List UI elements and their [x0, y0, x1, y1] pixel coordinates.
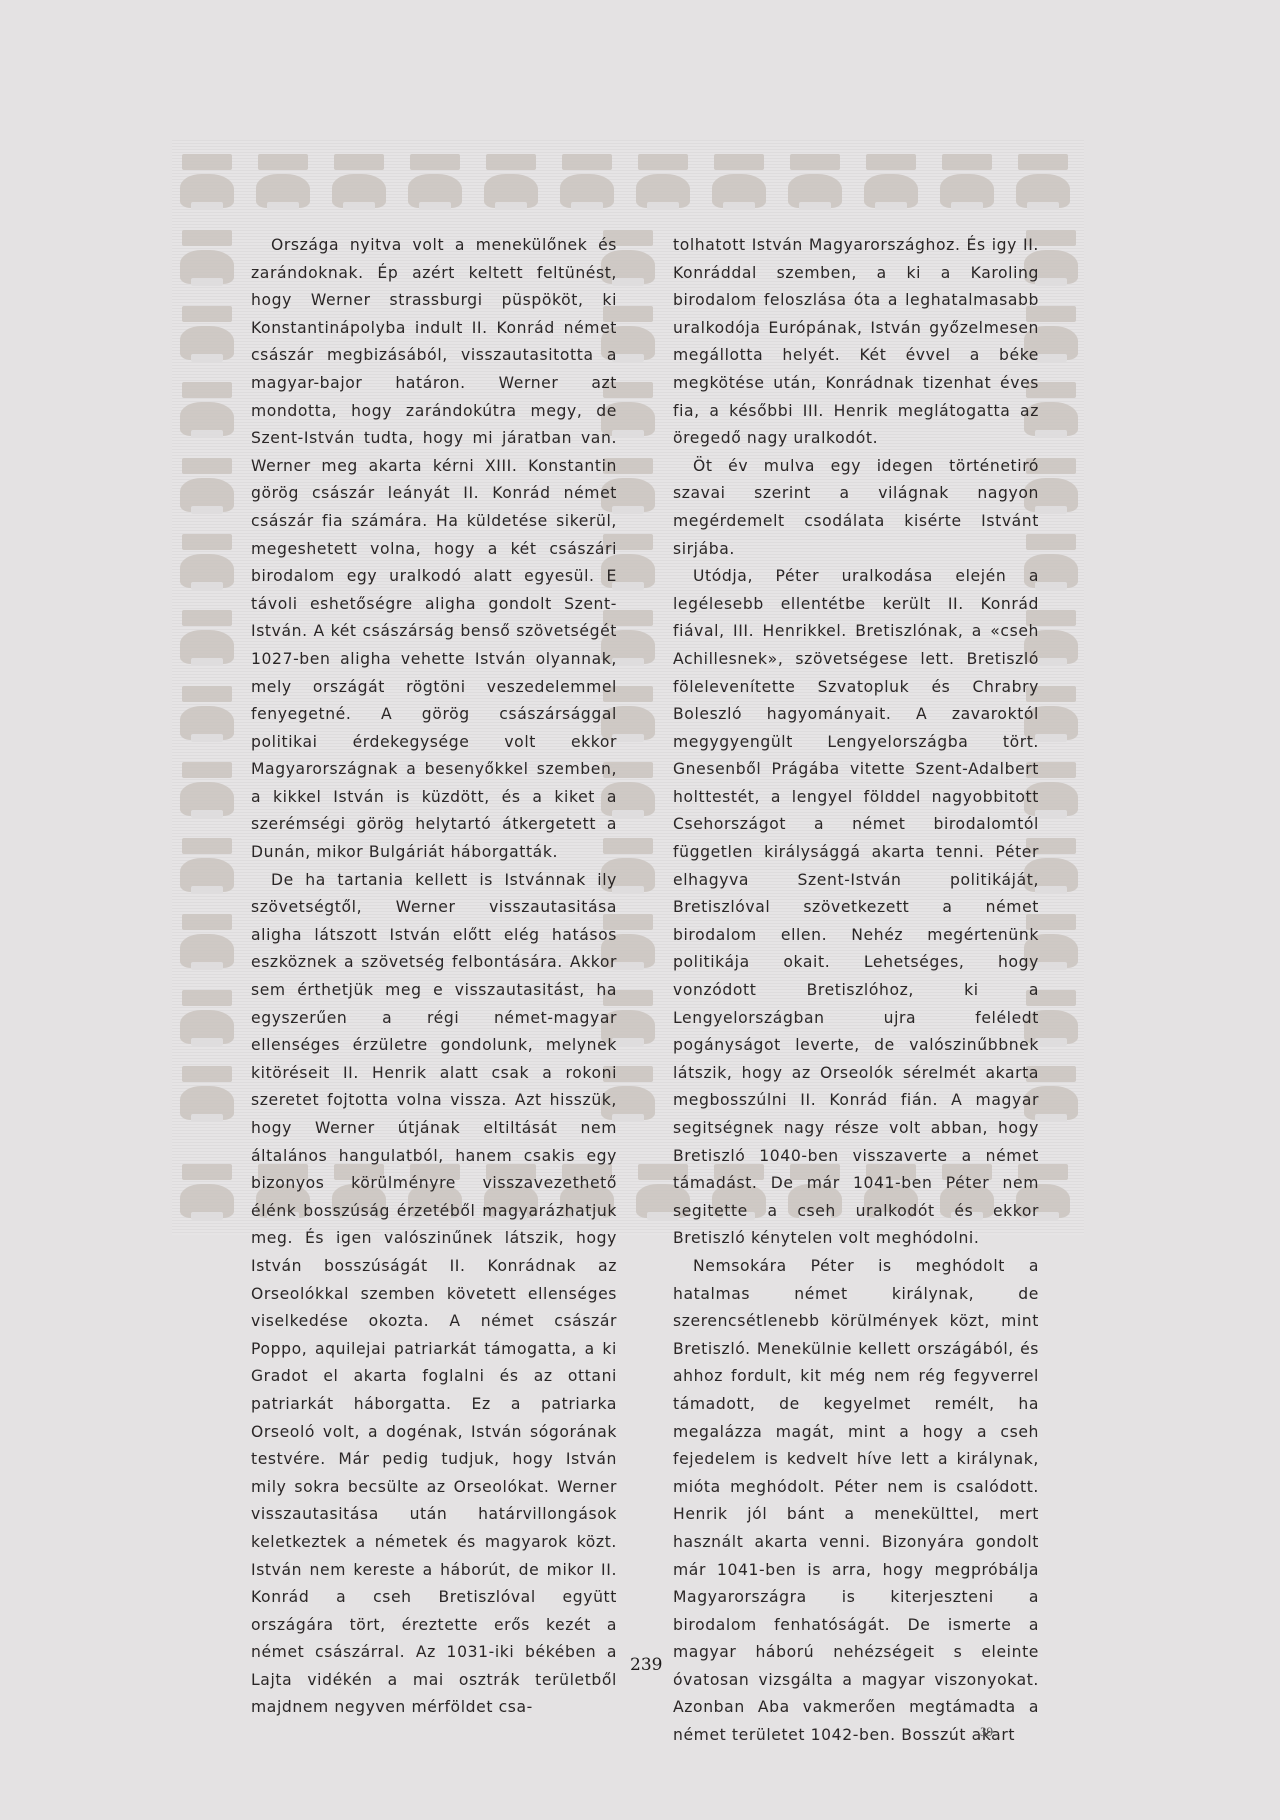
elephant-ornament-icon: [404, 150, 466, 212]
elephant-ornament-icon: [176, 682, 238, 744]
elephant-ornament-icon: [936, 150, 998, 212]
paragraph: Országa nyitva volt a menekülőnek és zar…: [251, 232, 617, 867]
paragraph: Nemsokára Péter is meghódolt a hatalmas …: [673, 1253, 1039, 1750]
left-ornament-border: [176, 226, 238, 1124]
elephant-ornament-icon: [176, 758, 238, 820]
elephant-ornament-icon: [176, 378, 238, 440]
page-number: 239: [630, 1655, 662, 1675]
paragraph: De ha tartania kellett is Istvánnak ily …: [251, 867, 617, 1722]
left-text-column: Országa nyitva volt a menekülőnek és zar…: [251, 232, 617, 1722]
right-text-column: tolhatott István Magyarországhoz. És igy…: [673, 232, 1039, 1750]
elephant-ornament-icon: [480, 150, 542, 212]
elephant-ornament-icon: [176, 530, 238, 592]
elephant-ornament-icon: [860, 150, 922, 212]
elephant-ornament-icon: [176, 454, 238, 516]
elephant-ornament-icon: [176, 1062, 238, 1124]
elephant-ornament-icon: [176, 606, 238, 668]
top-ornament-border: [176, 150, 1074, 212]
elephant-ornament-icon: [176, 834, 238, 896]
elephant-ornament-icon: [176, 150, 238, 212]
elephant-ornament-icon: [556, 150, 618, 212]
elephant-ornament-icon: [328, 150, 390, 212]
elephant-ornament-icon: [176, 302, 238, 364]
elephant-ornament-icon: [632, 150, 694, 212]
paragraph: Utódja, Péter uralkodása elején a legéle…: [673, 563, 1039, 1253]
elephant-ornament-icon: [176, 226, 238, 288]
folio-number: 39: [980, 1724, 993, 1740]
elephant-ornament-icon: [176, 910, 238, 972]
paragraph: Öt év mulva egy idegen történetiró szava…: [673, 453, 1039, 563]
paragraph: tolhatott István Magyarországhoz. És igy…: [673, 232, 1039, 453]
elephant-ornament-icon: [252, 150, 314, 212]
elephant-ornament-icon: [176, 986, 238, 1048]
elephant-ornament-icon: [1012, 150, 1074, 212]
elephant-ornament-icon: [176, 1160, 238, 1222]
elephant-ornament-icon: [708, 150, 770, 212]
elephant-ornament-icon: [784, 150, 846, 212]
